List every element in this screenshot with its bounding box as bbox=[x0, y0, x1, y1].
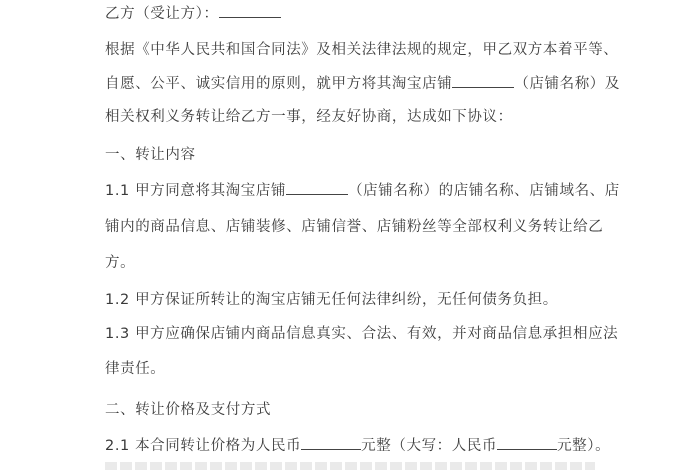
party-b-blank bbox=[219, 5, 281, 18]
clause-1-1-line-1: 1.1 甲方同意将其淘宝店铺（店铺名称）的店铺名称、店铺域名、店 bbox=[105, 181, 620, 201]
intro-line-1: 根据《中华人民共和国合同法》及相关法律法规的规定，甲乙双方本着平等、 bbox=[105, 40, 618, 60]
clause-1-3-line-1: 1.3 甲方应确保店铺内商品信息真实、合法、有效，并对商品信息承担相应法 bbox=[105, 324, 618, 344]
intro-line-2-pre: 自愿、公平、诚实信用的原则，就甲方将其淘宝店铺 bbox=[105, 76, 452, 92]
clause-2-1: 2.1 本合同转让价格为人民币元整（大写：人民币元整）。 bbox=[105, 436, 610, 456]
clause-1-3-line-2: 律责任。 bbox=[105, 359, 165, 379]
party-b-label: 乙方（受让方）： bbox=[105, 6, 219, 22]
contract-page: 乙方（受让方）： 根据《中华人民共和国合同法》及相关法律法规的规定，甲乙双方本着… bbox=[0, 0, 700, 470]
party-b-line: 乙方（受让方）： bbox=[105, 4, 281, 24]
shop-name-blank-2 bbox=[286, 182, 348, 195]
intro-line-3: 相关权利义务转让给乙方一事，经友好协商，达成如下协议： bbox=[105, 107, 513, 127]
truncated-next-line bbox=[105, 462, 595, 470]
clause-2-1-post: 元整）。 bbox=[557, 438, 610, 454]
intro-line-2: 自愿、公平、诚实信用的原则，就甲方将其淘宝店铺（店铺名称）及 bbox=[105, 74, 620, 94]
clause-2-1-mid: 元整（大写：人民币 bbox=[361, 438, 497, 454]
price-uppercase-blank bbox=[497, 437, 557, 450]
clause-1-1-pre: 1.1 甲方同意将其淘宝店铺 bbox=[105, 183, 286, 199]
price-blank bbox=[301, 437, 361, 450]
clause-1-1-line-3: 方。 bbox=[105, 253, 135, 273]
clause-1-1-line-2: 铺内的商品信息、店铺装修、店铺信誉、店铺粉丝等全部权利义务转让给乙 bbox=[105, 217, 603, 237]
section-2-heading: 二、转让价格及支付方式 bbox=[105, 400, 271, 420]
clause-1-2: 1.2 甲方保证所转让的淘宝店铺无任何法律纠纷，无任何债务负担。 bbox=[105, 290, 558, 310]
section-1-heading: 一、转让内容 bbox=[105, 145, 196, 165]
intro-line-2-post: （店铺名称）及 bbox=[514, 76, 620, 92]
clause-2-1-pre: 2.1 本合同转让价格为人民币 bbox=[105, 438, 301, 454]
clause-1-1-post: （店铺名称）的店铺名称、店铺域名、店 bbox=[348, 183, 620, 199]
shop-name-blank bbox=[452, 75, 514, 88]
